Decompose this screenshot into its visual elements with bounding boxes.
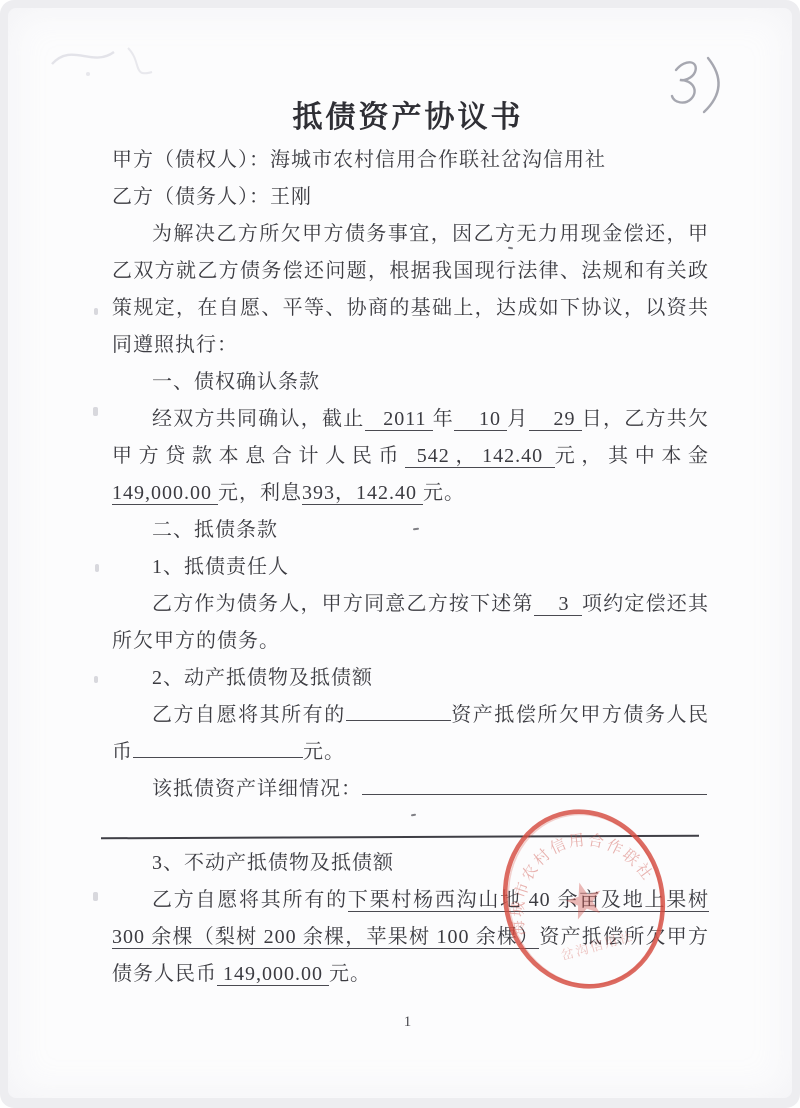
text-run: 元。: [303, 741, 345, 763]
document-title: 抵债资产协议书: [8, 92, 800, 136]
text-run: 月: [507, 408, 528, 430]
text-run: 3、不动产抵债物及抵债额: [152, 852, 394, 874]
paragraph: 乙方（债务人）：王刚: [112, 179, 709, 216]
text-run: 一、债权确认条款: [152, 371, 320, 393]
text-run: 元。: [329, 963, 371, 985]
document-page: 抵债资产协议书 甲方（债权人）：海城市农村信用合作联社岔沟信用社乙方（债务人）：…: [8, 8, 792, 1098]
scan-smudge: [30, 22, 200, 97]
paragraph: 2、动产抵债物及抵债额: [112, 660, 709, 697]
text-run: 乙方作为债务人，甲方同意乙方按下述第: [152, 593, 534, 615]
paragraph: 经双方共同确认，截止 2011 年 10 月 29 日，乙方共欠甲方贷款本息合计…: [112, 401, 709, 512]
paragraph: 甲方（债权人）：海城市农村信用合作联社岔沟信用社: [112, 142, 709, 179]
text-run: 乙方（债务人）：王刚: [112, 186, 312, 208]
scan-noise: [95, 564, 99, 572]
text-run: 1、抵债责任人: [152, 556, 289, 578]
text-run: 元。: [423, 482, 465, 504]
filled-blank-text: 393，142.40: [302, 482, 423, 505]
filled-blank-text: 542，142.40: [405, 445, 555, 468]
text-run: 乙方自愿将其所有的: [152, 889, 348, 911]
paragraph: 乙方自愿将其所有的下栗村杨西沟山地 40 余亩及地上果树 300 余棵（梨树 2…: [112, 882, 709, 993]
text-run: 元，利息: [218, 482, 302, 504]
paragraph: 二、抵债条款: [112, 512, 709, 549]
text-run: 元，其中本金: [555, 445, 709, 467]
text-run: 甲方（债权人）：海城市农村信用合作联社岔沟信用社: [112, 149, 606, 171]
text-run: 为解决乙方所欠甲方债务事宜，因乙方无力用现金偿还，甲乙双方就乙方债务偿还问题，根…: [112, 223, 709, 356]
text-run: 年: [433, 408, 454, 430]
scan-noise: [93, 407, 98, 416]
paragraph: 该抵债资产详细情况：: [112, 771, 709, 808]
text-run: 该抵债资产详细情况：: [152, 778, 362, 800]
paragraph: 一、债权确认条款: [112, 364, 709, 401]
blank-underline: [346, 699, 451, 721]
text-run: 二、抵债条款: [152, 519, 278, 541]
text-run: 经双方共同确认，截止: [152, 408, 365, 430]
scan-background: 抵债资产协议书 甲方（债权人）：海城市农村信用合作联社岔沟信用社乙方（债务人）：…: [0, 0, 800, 1108]
text-run: 乙方自愿将其所有的: [152, 704, 346, 726]
paragraph: 为解决乙方所欠甲方债务事宜，因乙方无力用现金偿还，甲乙双方就乙方债务偿还问题，根…: [112, 216, 709, 364]
paragraph: 乙方作为债务人，甲方同意乙方按下述第 3 项约定偿还其所欠甲方的债务。: [112, 586, 709, 660]
paragraph: 乙方自愿将其所有的资产抵偿所欠甲方债务人民币元。: [112, 697, 709, 771]
page-number: 1: [8, 1014, 800, 1031]
scan-noise: [93, 892, 98, 901]
filled-blank-text: 149,000.00: [217, 963, 329, 986]
document-body: 甲方（债权人）：海城市农村信用合作联社岔沟信用社乙方（债务人）：王刚为解决乙方所…: [112, 142, 709, 993]
text-run: 2、动产抵债物及抵债额: [152, 667, 373, 689]
filled-blank-text: 29: [529, 408, 582, 431]
filled-blank-text: 149,000.00: [112, 482, 218, 505]
paragraph: 3、不动产抵债物及抵债额: [112, 845, 709, 882]
filled-blank-text: 10: [454, 408, 507, 431]
filled-blank-text: 3: [534, 593, 582, 616]
blank-underline: [362, 773, 707, 795]
scan-noise: [94, 308, 98, 315]
blank-underline: [133, 736, 303, 758]
paragraph: 1、抵债责任人: [112, 549, 709, 586]
filled-blank-text: 2011: [365, 408, 433, 431]
scan-noise: [94, 676, 98, 683]
